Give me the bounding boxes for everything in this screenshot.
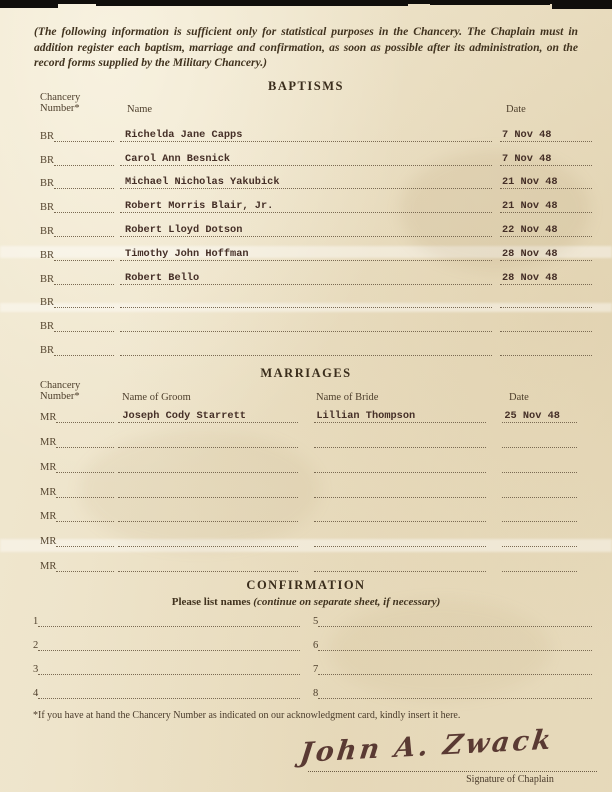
- baptism-name: Timothy John Hoffman: [120, 248, 492, 261]
- table-row: BR Robert Bello 28 Nov 48: [40, 261, 592, 285]
- baptism-date: 7 Nov 48: [500, 129, 592, 142]
- chancery-prefix: BR: [40, 250, 54, 261]
- confirmation-blank-line: [318, 649, 592, 651]
- confirmation-slot: 6: [313, 640, 592, 651]
- scanned-form-page: (The following information is sufficient…: [0, 0, 612, 792]
- confirmation-blank-line: [318, 673, 592, 675]
- baptisms-name-header: Name: [127, 104, 152, 115]
- scan-edge-bar: [552, 0, 612, 9]
- marriage-date: [502, 521, 577, 522]
- baptism-date: 21 Nov 48: [500, 176, 592, 189]
- chancery-prefix: MR: [40, 462, 56, 473]
- chancery-number-line: [56, 446, 114, 448]
- confirmation-blank-line: [38, 697, 300, 699]
- signature-of-chaplain-label: Signature of Chaplain: [430, 774, 590, 785]
- confirmation-slot: 2: [33, 640, 300, 651]
- marriages-chancery-header-line1: Chancery: [40, 380, 80, 391]
- chancery-number-line: [56, 520, 114, 522]
- table-row: BR Robert Morris Blair, Jr. 21 Nov 48: [40, 189, 592, 213]
- baptism-name: [120, 307, 492, 308]
- marriage-date: [502, 571, 577, 572]
- confirmation-blank-line: [318, 697, 592, 699]
- table-row: BR: [40, 308, 592, 332]
- marriage-date: [502, 472, 577, 473]
- chancery-number-footnote: *If you have at hand the Chancery Number…: [33, 710, 593, 721]
- baptisms-chancery-header-line2: Number*: [40, 103, 80, 114]
- confirmation-slot: 7: [313, 664, 592, 675]
- groom-name: [118, 447, 298, 448]
- baptism-date: 22 Nov 48: [500, 224, 592, 237]
- groom-name: [118, 571, 298, 572]
- bride-name: [314, 521, 486, 522]
- marriage-date: [502, 447, 577, 448]
- chancery-prefix: BR: [40, 202, 54, 213]
- table-row: MR: [40, 547, 592, 572]
- confirmation-slot: 5: [313, 616, 592, 627]
- bride-name: [314, 497, 486, 498]
- chancery-prefix: BR: [40, 155, 54, 166]
- marriages-section-title: MARRIAGES: [0, 366, 612, 381]
- table-row: BR: [40, 285, 592, 309]
- groom-name: [118, 472, 298, 473]
- bride-name: Lillian Thompson: [314, 410, 486, 423]
- bride-name: [314, 571, 486, 572]
- groom-name: [118, 546, 298, 547]
- chancery-number-line: [56, 570, 114, 572]
- chancery-number-line: [54, 140, 114, 142]
- baptism-name: [120, 331, 492, 332]
- confirmation-slot: 4: [33, 688, 300, 699]
- baptism-name: Robert Bello: [120, 272, 492, 285]
- chancery-number-line: [56, 471, 114, 473]
- chancery-prefix: MR: [40, 437, 56, 448]
- form-intro-text: (The following information is sufficient…: [34, 24, 578, 71]
- confirmation-slot: 3: [33, 664, 300, 675]
- confirmation-row: 2 6: [33, 627, 592, 651]
- baptisms-table: BR Richelda Jane Capps 7 Nov 48 BR Carol…: [40, 118, 592, 356]
- table-row: BR Robert Lloyd Dotson 22 Nov 48: [40, 213, 592, 237]
- chancery-prefix: BR: [40, 274, 54, 285]
- chancery-number-line: [54, 306, 114, 308]
- chancery-number-line: [56, 496, 114, 498]
- table-row: MR: [40, 473, 592, 498]
- table-row: MR Joseph Cody Starrett Lillian Thompson…: [40, 398, 592, 423]
- chancery-prefix: BR: [40, 178, 54, 189]
- table-row: BR Richelda Jane Capps 7 Nov 48: [40, 118, 592, 142]
- chancery-prefix: MR: [40, 412, 56, 423]
- marriage-date: [502, 546, 577, 547]
- confirmation-section-title: CONFIRMATION: [0, 578, 612, 593]
- chancery-number-line: [56, 545, 114, 547]
- baptism-name: Michael Nicholas Yakubick: [120, 176, 492, 189]
- chancery-prefix: MR: [40, 511, 56, 522]
- confirmation-slot: 8: [313, 688, 592, 699]
- chancery-number-line: [54, 235, 114, 237]
- baptism-date: [500, 355, 592, 356]
- chancery-prefix: BR: [40, 226, 54, 237]
- baptism-date: 28 Nov 48: [500, 248, 592, 261]
- chancery-prefix: MR: [40, 487, 56, 498]
- confirmation-blank-line: [38, 649, 300, 651]
- table-row: MR: [40, 498, 592, 523]
- scan-edge-bar: [96, 0, 408, 6]
- chancery-number-line: [54, 259, 114, 261]
- chancery-prefix: BR: [40, 131, 54, 142]
- confirmation-slot: 1: [33, 616, 300, 627]
- groom-name: [118, 497, 298, 498]
- baptism-date: 7 Nov 48: [500, 153, 592, 166]
- chancery-prefix: BR: [40, 321, 54, 332]
- bride-name: [314, 447, 486, 448]
- groom-name: [118, 521, 298, 522]
- baptism-name: Carol Ann Besnick: [120, 153, 492, 166]
- chancery-prefix: MR: [40, 561, 56, 572]
- table-row: MR: [40, 448, 592, 473]
- chancery-prefix: BR: [40, 297, 54, 308]
- marriages-table: MR Joseph Cody Starrett Lillian Thompson…: [40, 398, 592, 572]
- chancery-prefix: MR: [40, 536, 56, 547]
- confirmation-blank-line: [38, 625, 300, 627]
- scan-edge-bar: [0, 0, 58, 8]
- baptism-name: Robert Morris Blair, Jr.: [120, 200, 492, 213]
- groom-name: Joseph Cody Starrett: [118, 410, 298, 423]
- chancery-number-line: [54, 330, 114, 332]
- bride-name: [314, 472, 486, 473]
- table-row: MR: [40, 423, 592, 448]
- baptism-name: Robert Lloyd Dotson: [120, 224, 492, 237]
- confirmation-blank-line: [38, 673, 300, 675]
- confirmation-blank-line: [318, 625, 592, 627]
- chancery-number-line: [54, 354, 114, 356]
- chancery-number-line: [54, 283, 114, 285]
- baptism-date: [500, 331, 592, 332]
- baptism-name: Richelda Jane Capps: [120, 129, 492, 142]
- chancery-number-line: [54, 164, 114, 166]
- chancery-number-line: [54, 187, 114, 189]
- baptism-name: [120, 355, 492, 356]
- baptism-date: 28 Nov 48: [500, 272, 592, 285]
- confirmation-row: 1 5: [33, 603, 592, 627]
- confirmation-row: 4 8: [33, 675, 592, 699]
- baptisms-date-header: Date: [506, 104, 526, 115]
- marriage-date: 25 Nov 48: [502, 410, 577, 423]
- baptism-date: 21 Nov 48: [500, 200, 592, 213]
- chancery-prefix: BR: [40, 345, 54, 356]
- marriage-date: [502, 497, 577, 498]
- confirmation-row: 3 7: [33, 651, 592, 675]
- confirmation-list: 1 5 2 6 3 7 4 8: [33, 603, 592, 699]
- table-row: MR: [40, 522, 592, 547]
- baptisms-section-title: BAPTISMS: [0, 79, 612, 94]
- baptisms-chancery-header-line1: Chancery: [40, 92, 80, 103]
- table-row: BR: [40, 332, 592, 356]
- table-row: BR Michael Nicholas Yakubick 21 Nov 48: [40, 166, 592, 190]
- bride-name: [314, 546, 486, 547]
- table-row: BR Timothy John Hoffman 28 Nov 48: [40, 237, 592, 261]
- chancery-number-line: [54, 211, 114, 213]
- baptism-date: [500, 307, 592, 308]
- scan-edge-bar: [430, 0, 550, 5]
- table-row: BR Carol Ann Besnick 7 Nov 48: [40, 142, 592, 166]
- chancery-number-line: [56, 421, 114, 423]
